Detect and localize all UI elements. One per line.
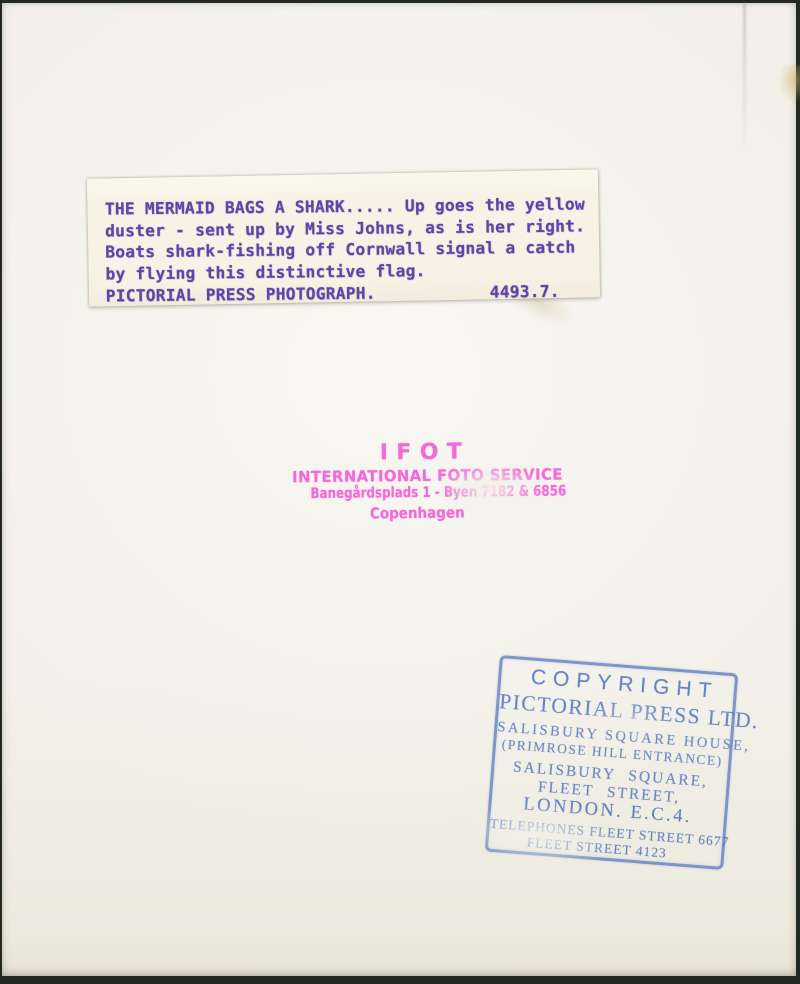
photo-reference-number: 4493.7. (490, 281, 560, 303)
copyright-stamp: COPYRIGHT PICTORIAL PRESS LTD. SALISBURY… (485, 655, 739, 870)
credit-text: PICTORIAL PRESS PHOTOGRAPH. (106, 283, 376, 305)
typed-caption-text: THE MERMAID BAGS A SHARK..... Up goes th… (105, 193, 586, 307)
stamp-fade-patch (585, 695, 678, 744)
paper-crease (743, 3, 746, 153)
typed-caption-slip: THE MERMAID BAGS A SHARK..... Up goes th… (87, 169, 600, 306)
stamp-fade-patch (437, 459, 543, 518)
photo-paper-back: THE MERMAID BAGS A SHARK..... Up goes th… (2, 3, 796, 976)
stamp-fade-patch (475, 797, 620, 874)
stain-right-edge (778, 65, 800, 103)
ifot-agency-stamp: IFOT INTERNATIONAL FOTO SERVICE Banegård… (287, 439, 548, 534)
